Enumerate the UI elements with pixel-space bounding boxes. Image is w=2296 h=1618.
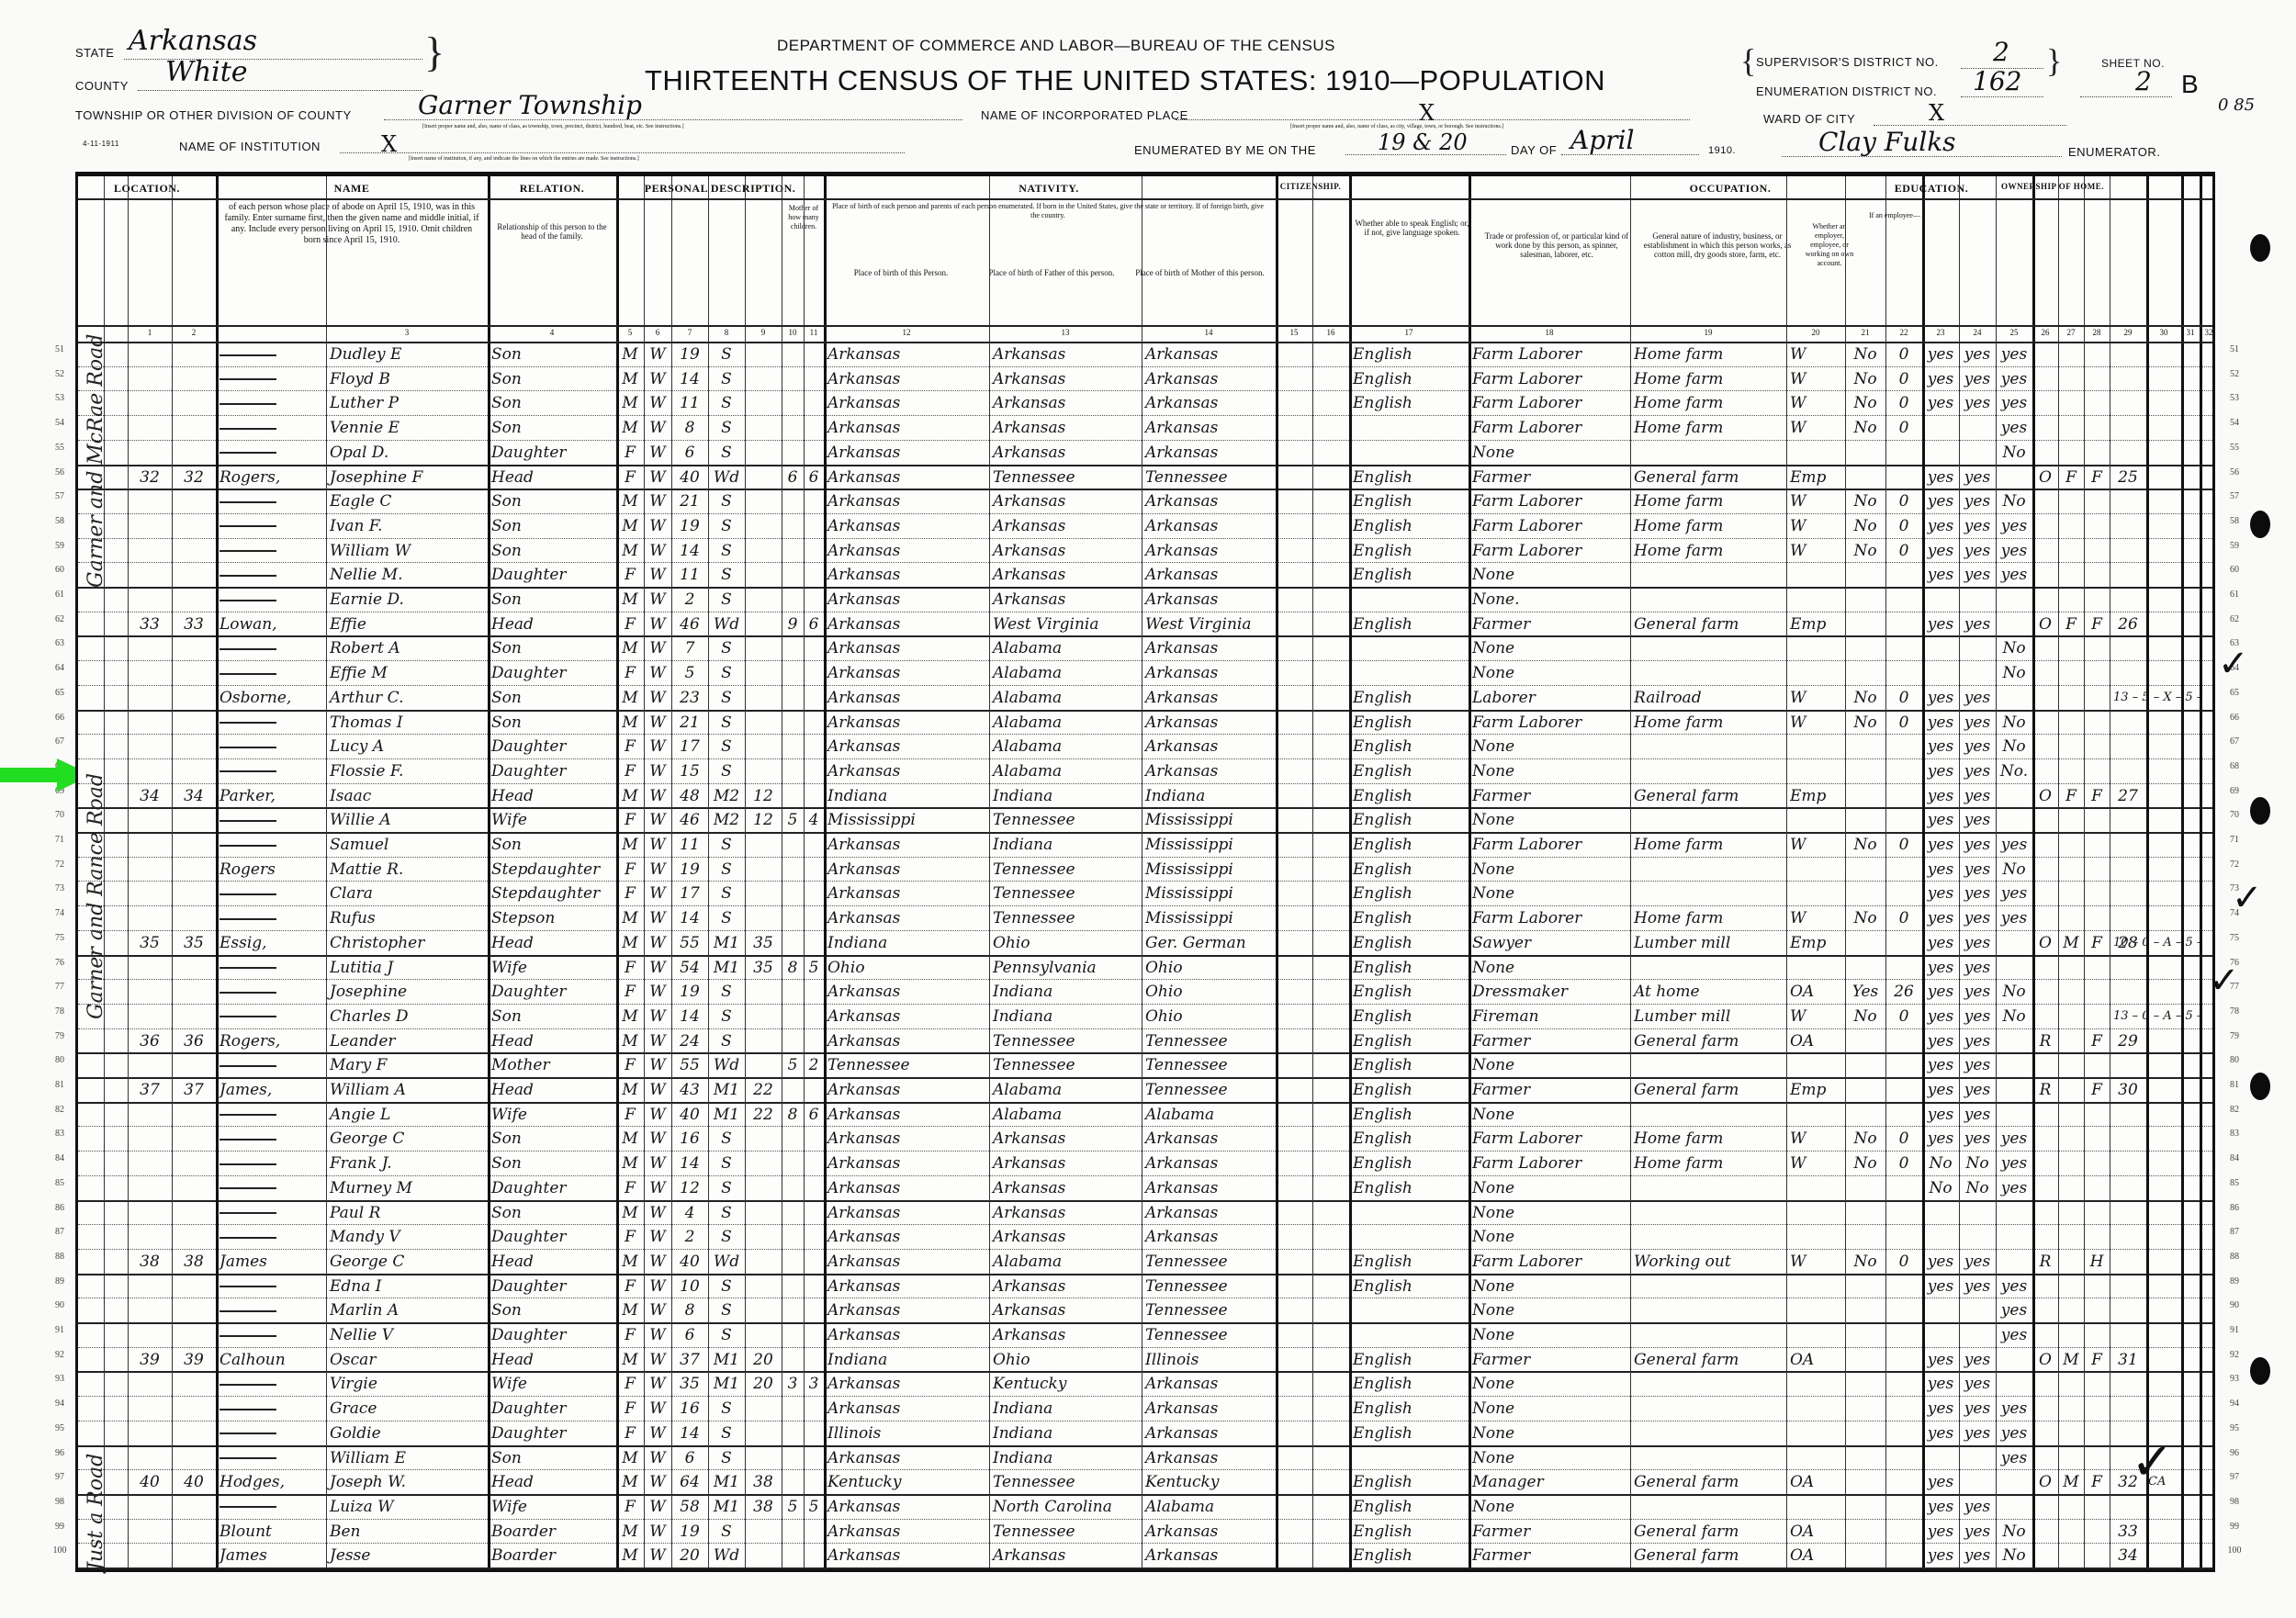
cell-living: 5 [807,1496,820,1518]
cell-weeks [1889,637,1919,659]
cell-years-married: 35 [748,932,778,954]
table-row[interactable]: 3838JamesGeorge CHeadMW40WdArkansasAlaba… [78,1249,2218,1273]
cell-father-birth: Indiana [993,1447,1138,1469]
group-education: EDUCATION. [1876,182,1986,196]
cell-farm [2088,1447,2106,1469]
column-divider [1959,176,1960,1567]
column-number: 10 [782,328,804,337]
cell-birth: Arkansas [827,1177,985,1199]
cell-dwelling [131,343,168,365]
table-row[interactable]: Robert ASonMW7SArkansasAlabamaArkansasNo… [78,635,2218,659]
table-row[interactable]: William WSonMW14SArkansasArkansasArkansa… [78,538,2218,562]
cell-mother-birth: Arkansas [1145,442,1272,464]
cell-english: English [1353,343,1465,365]
table-row[interactable]: Frank J.SonMW14SArkansasArkansasArkansas… [78,1151,2218,1174]
cell-race: W [647,1496,668,1518]
cell-family [175,1104,212,1126]
cell-birth: Indiana [827,1349,985,1371]
cell-marital: S [712,515,741,537]
cell-owned [2036,687,2054,709]
col17-desc: Whether able to speak English; or, if no… [1355,219,1469,237]
cell-father-birth: Alabama [993,760,1138,782]
cell-write: yes [1963,613,1992,635]
table-row[interactable]: BlountBenBoarderMW19SArkansasTennesseeAr… [78,1519,2218,1543]
cell-industry: General farm [1634,1079,1783,1101]
cell-schedule [2113,712,2143,734]
cell-english: English [1353,907,1465,929]
cell-dwelling [131,1226,168,1248]
cell-read: yes [1926,882,1955,905]
line-number: 57 [2221,491,2248,501]
cell-school: No [1999,1545,2029,1567]
table-row[interactable]: 3636Rogers,LeanderHeadMW24SArkansasTenne… [78,1028,2218,1052]
cell-birth: Ohio [827,957,985,979]
cell-mother-birth: Arkansas [1145,1398,1272,1420]
cell-class: Emp [1790,613,1841,635]
cell-years-married [748,613,778,635]
cell-write: yes [1963,466,1992,489]
cell-schedule [2113,589,2143,611]
cell-weeks: 0 [1889,540,1919,562]
cell-living [807,1447,820,1469]
cell-owned [2036,343,2054,365]
table-row[interactable]: 3333Lowan,EffieHeadFW46Wd96ArkansasWest … [78,612,2218,635]
cell-farm [2088,564,2106,586]
checkmark-icon: ✓ [2131,1433,2174,1492]
cell-owned: R [2036,1030,2054,1052]
cell-schedule [2113,540,2143,562]
cell-owned [2036,540,2054,562]
cell-given: Lutitia J [330,957,484,979]
cell-given: Effie [330,613,484,635]
cell-class: OA [1790,1545,1841,1567]
cell-born [785,1030,800,1052]
column-number: 6 [644,328,671,337]
table-row[interactable]: Opal D.DaughterFW6SArkansasArkansasArkan… [78,440,2218,464]
table-row[interactable]: Earnie D.SonMW2SArkansasArkansasArkansas… [78,587,2218,611]
table-row[interactable]: Nellie VDaughterFW6SArkansasArkansasTenn… [78,1322,2218,1346]
cell-industry [1634,809,1783,831]
cell-school [1999,1054,2029,1076]
column-divider [2032,176,2035,1567]
cell-class [1790,1104,1841,1126]
table-row[interactable]: Luiza WWifeFW58M13855ArkansasNorth Carol… [78,1494,2218,1518]
cell-years-married [748,1054,778,1076]
cell-relation: Head [491,1349,613,1371]
table-row[interactable]: Angie LWifeFW40M12286ArkansasAlabamaAlab… [78,1102,2218,1126]
cell-family [175,957,212,979]
cell-trade: Farm Laborer [1472,368,1626,390]
cell-write: No [1963,1152,1992,1174]
enumerator-label: Enumerator. [2068,145,2160,159]
cell-sex: M [620,1128,640,1150]
year-label: 1910. [1708,145,1736,156]
table-row[interactable]: VirgieWifeFW35M12033ArkansasKentuckyArka… [78,1371,2218,1395]
enumeration-district-label: Enumeration District No. [1756,84,1937,98]
col19-desc: General nature of industry, business, or… [1639,231,1795,259]
cell-years-married [748,1299,778,1321]
cell-mortgage [2062,1030,2080,1052]
table-row[interactable]: GraceDaughterFW16SArkansasIndianaArkansa… [78,1396,2218,1420]
cell-class: W [1790,834,1841,856]
cell-school [1999,1030,2029,1052]
cell-class: W [1790,1152,1841,1174]
cell-mother-birth: Arkansas [1145,637,1272,659]
cell-dwelling [131,1177,168,1199]
cell-relation: Son [491,1128,613,1150]
table-row[interactable]: ClaraStepdaughterFW17SArkansasTennesseeM… [78,881,2218,905]
cell-marital: M2 [712,809,741,831]
cell-race: W [647,540,668,562]
cell-write: yes [1963,368,1992,390]
table-row[interactable]: Osborne,Arthur C.SonMW23SArkansasAlabama… [78,685,2218,709]
cell-industry: Home farm [1634,540,1783,562]
cell-read: yes [1926,1545,1955,1567]
cell-marital: S [712,859,741,881]
table-row[interactable]: George CSonMW16SArkansasArkansasArkansas… [78,1126,2218,1150]
table-row[interactable]: Paul RSonMW4SArkansasArkansasArkansasNon… [78,1200,2218,1224]
column-divider [1349,176,1352,1567]
table-row[interactable]: Dudley ESonMW19SArkansasArkansasArkansas… [78,342,2218,365]
cell-marital: S [712,1202,741,1224]
cell-mother-birth: Arkansas [1145,687,1272,709]
line-number: 97 [2221,1472,2248,1482]
cell-birth: Mississippi [827,809,985,831]
cell-out-of-work [1849,466,1882,489]
cell-birth: Arkansas [827,736,985,758]
cell-out-of-work: No [1849,1152,1882,1174]
cell-race: W [647,1079,668,1101]
cell-given: Angie L [330,1104,484,1126]
cell-owned [2036,1006,2054,1028]
cell-mother-birth: Indiana [1145,785,1272,807]
table-row[interactable]: Nellie M.DaughterFW11SArkansasArkansasAr… [78,562,2218,586]
cell-farm [2088,1398,2106,1420]
table-row[interactable]: JamesJesseBoarderMW20WdArkansasArkansasA… [78,1543,2218,1567]
cell-class: OA [1790,981,1841,1003]
line-number: 68 [2221,761,2248,771]
cell-race: W [647,417,668,439]
cell-born [785,515,800,537]
cell-relation: Son [491,343,613,365]
cell-given: Clara [330,882,484,905]
cell-schedule [2113,637,2143,659]
cell-read: yes [1926,1128,1955,1150]
cell-mortgage: M [2062,1349,2080,1371]
table-row[interactable]: JosephineDaughterFW19SArkansasIndianaOhi… [78,979,2218,1003]
cell-marital: S [712,1299,741,1321]
cell-birth: Arkansas [827,1299,985,1321]
cell-dwelling [131,1006,168,1028]
line-number: 71 [2221,835,2248,845]
cell-owned [2036,1422,2054,1444]
cell-born [785,981,800,1003]
cell-industry [1634,1496,1783,1518]
cell-industry [1634,1398,1783,1420]
table-row[interactable]: Lutitia JWifeFW54M13585OhioPennsylvaniaO… [78,955,2218,979]
cell-class [1790,1324,1841,1346]
cell-dwelling: 38 [131,1251,168,1273]
table-row[interactable]: Murney MDaughterFW12SArkansasArkansasArk… [78,1175,2218,1199]
cell-years-married: 20 [748,1349,778,1371]
ditto-dash [219,918,276,920]
table-row[interactable]: SamuelSonMW11SArkansasIndianaMississippi… [78,832,2218,856]
cell-age: 2 [675,589,704,611]
table-row[interactable]: Lucy ADaughterFW17SArkansasAlabamaArkans… [78,734,2218,758]
cell-weeks [1889,859,1919,881]
cell-sex: M [620,368,640,390]
line-number: 53 [46,393,73,403]
cell-farm: F [2088,1471,2106,1493]
table-row[interactable]: RogersMattie R.StepdaughterFW19SArkansas… [78,857,2218,881]
table-row[interactable]: 3939CalhounOscarHeadMW37M120IndianaOhioI… [78,1347,2218,1371]
cell-industry [1634,1054,1783,1076]
cell-born [785,490,800,512]
cell-given: Grace [330,1398,484,1420]
column-divider [2084,176,2085,1567]
table-row[interactable]: Mary FMotherFW55Wd52TennesseeTennesseeTe… [78,1052,2218,1076]
cell-relation: Head [491,466,613,489]
cell-school: yes [1999,392,2029,414]
line-number: 95 [2221,1423,2248,1433]
archive-stamp: 0 85 [2218,92,2255,119]
cell-farm [2088,1152,2106,1174]
cell-farm [2088,1521,2106,1543]
cell-race: W [647,882,668,905]
cell-margin-annotation: 13 – 0 – A – 5 – [2113,1006,2202,1028]
cell-born [785,1398,800,1420]
col4-relation-desc: Relationship of this person to the head … [491,222,613,241]
cell-read: yes [1926,981,1955,1003]
cell-race: W [647,515,668,537]
cell-living [807,736,820,758]
cell-relation: Head [491,1471,613,1493]
cell-relation: Boarder [491,1545,613,1567]
cell-owned [2036,589,2054,611]
table-row[interactable]: Eagle CSonMW21SArkansasArkansasArkansasE… [78,489,2218,512]
cell-read [1926,1447,1955,1469]
table-row[interactable]: 4040Hodges,Joseph W.HeadMW64M138Kentucky… [78,1469,2218,1493]
cell-farm [2088,368,2106,390]
cell-born: 5 [785,809,800,831]
cell-school [1999,1226,2029,1248]
cell-family [175,1545,212,1567]
cell-marital: M1 [712,1471,741,1493]
cell-farm [2088,1054,2106,1076]
cell-read: yes [1926,490,1955,512]
cell-marital: S [712,540,741,562]
checkmark-icon: ✓ [2232,877,2263,919]
cell-marital: S [712,981,741,1003]
line-number: 58 [2221,516,2248,526]
cell-family [175,1177,212,1199]
cell-family [175,1447,212,1469]
table-row[interactable]: William ESonMW6SArkansasIndianaArkansasN… [78,1445,2218,1469]
cell-english: English [1353,809,1465,831]
cell-out-of-work: No [1849,687,1882,709]
cell-trade: Farmer [1472,785,1626,807]
cell-race: W [647,907,668,929]
cell-farm [2088,1373,2106,1395]
table-row[interactable]: Ivan F.SonMW19SArkansasArkansasArkansasE… [78,513,2218,537]
column-divider [644,176,645,1567]
cell-age: 14 [675,907,704,929]
ditto-dash [219,501,276,503]
line-number: 69 [2221,786,2248,796]
cell-relation: Daughter [491,1398,613,1420]
cell-weeks [1889,882,1919,905]
table-row[interactable]: 3232Rogers,Josephine FHeadFW40Wd66Arkans… [78,465,2218,489]
ward-label: Ward of city [1763,112,1855,126]
cell-trade: None [1472,1226,1626,1248]
cell-owned [2036,859,2054,881]
line-number: 81 [2221,1080,2248,1090]
cell-years-married: 12 [748,809,778,831]
table-row[interactable]: Willie AWifeFW46M21254MississippiTenness… [78,807,2218,831]
cell-marital: S [712,1006,741,1028]
cell-owned: O [2036,613,2054,635]
cell-industry [1634,1275,1783,1298]
cell-english: English [1353,1128,1465,1150]
table-row[interactable]: 3535Essig,ChristopherHeadMW55M135Indiana… [78,930,2218,954]
cell-age: 64 [675,1471,704,1493]
cell-dwelling [131,1299,168,1321]
cell-read [1926,1324,1955,1346]
cell-marital: M1 [712,1373,741,1395]
column-divider [2058,176,2059,1567]
cell-english: English [1353,466,1465,489]
ditto-dash [219,452,276,454]
cell-schedule [2113,957,2143,979]
cell-marital: Wd [712,1251,741,1273]
cell-dwelling [131,1104,168,1126]
cell-read: yes [1926,1275,1955,1298]
table-row[interactable]: GoldieDaughterFW14SIllinoisIndianaArkans… [78,1421,2218,1444]
cell-farm [2088,1496,2106,1518]
cell-english [1353,662,1465,684]
cell-father-birth: Tennessee [993,466,1138,489]
cell-weeks [1889,1275,1919,1298]
cell-living [807,1152,820,1174]
cell-birth: Arkansas [827,834,985,856]
cell-mother-birth: Mississippi [1145,809,1272,831]
cell-given: Willie A [330,809,484,831]
cell-trade: None [1472,1422,1626,1444]
table-row[interactable]: 3434Parker,IsaacHeadMW48M212IndianaIndia… [78,783,2218,807]
cell-sex: M [620,417,640,439]
cell-schedule: 34 [2113,1545,2143,1567]
line-number: 56 [2221,467,2248,478]
cell-age: 11 [675,392,704,414]
cell-owned [2036,1299,2054,1321]
cell-farm [2088,882,2106,905]
cell-sex: F [620,662,640,684]
cell-industry: Home farm [1634,368,1783,390]
table-row[interactable]: Effie MDaughterFW5SArkansasAlabamaArkans… [78,660,2218,684]
line-number: 67 [2221,736,2248,747]
cell-age: 55 [675,932,704,954]
cell-write [1963,1299,1992,1321]
column-divider [1276,176,1278,1567]
column-divider [616,176,619,1567]
cell-living [807,1398,820,1420]
cell-schedule [2113,1299,2143,1321]
cell-weeks: 0 [1889,834,1919,856]
table-row[interactable]: Edna IDaughterFW10SArkansasArkansasTenne… [78,1274,2218,1298]
cell-given: George C [330,1251,484,1273]
column-number: 32 [2200,328,2218,337]
line-number: 89 [2221,1276,2248,1287]
cell-weeks [1889,1177,1919,1199]
cell-marital: S [712,760,741,782]
cell-mother-birth: Tennessee [1145,1079,1272,1101]
day-of-label: day of [1511,143,1557,157]
cell-race: W [647,637,668,659]
ditto-dash [219,648,276,650]
cell-sex: M [620,1251,640,1273]
cell-english: English [1353,1545,1465,1567]
cell-write: yes [1963,907,1992,929]
cell-schedule [2113,834,2143,856]
cell-age: 37 [675,1349,704,1371]
cell-given: Effie M [330,662,484,684]
cell-weeks [1889,809,1919,831]
cell-write [1963,637,1992,659]
cell-read [1926,442,1955,464]
cell-sex: M [620,932,640,954]
cell-write [1963,1447,1992,1469]
cell-weeks [1889,1521,1919,1543]
cell-schedule [2113,368,2143,390]
table-row[interactable]: Mandy VDaughterFW2SArkansasArkansasArkan… [78,1224,2218,1248]
table-row[interactable]: Thomas ISonMW21SArkansasAlabamaArkansasE… [78,710,2218,734]
table-row[interactable]: 3737James,William AHeadMW43M122ArkansasA… [78,1077,2218,1101]
cell-years-married [748,760,778,782]
cell-race: W [647,859,668,881]
table-row[interactable]: Luther PSonMW11SArkansasArkansasArkansas… [78,390,2218,414]
cell-years-married [748,1447,778,1469]
cell-surname: Calhoun [219,1349,322,1371]
cell-surname: Parker, [219,785,322,807]
cell-write: yes [1963,1349,1992,1371]
cell-industry [1634,957,1783,979]
table-row[interactable]: Marlin ASonMW8SArkansasArkansasTennessee… [78,1298,2218,1321]
table-row[interactable]: Flossie F.DaughterFW15SArkansasAlabamaAr… [78,758,2218,782]
cell-relation: Mother [491,1054,613,1076]
ditto-dash [219,1286,276,1287]
cell-father-birth: North Carolina [993,1496,1138,1518]
cell-living: 4 [807,809,820,831]
cell-owned [2036,712,2054,734]
cell-industry [1634,882,1783,905]
cell-farm [2088,1202,2106,1224]
cell-given: Mandy V [330,1226,484,1248]
cell-out-of-work [1849,957,1882,979]
cell-read: yes [1926,515,1955,537]
table-row[interactable]: RufusStepsonMW14SArkansasTennesseeMissis… [78,905,2218,929]
cell-out-of-work [1849,1545,1882,1567]
column-number: 9 [745,328,782,337]
cell-weeks [1889,1373,1919,1395]
table-row[interactable]: Charles DSonMW14SArkansasIndianaOhioEngl… [78,1004,2218,1028]
table-row[interactable]: Floyd BSonMW14SArkansasArkansasArkansasE… [78,366,2218,390]
line-number: 99 [46,1522,73,1532]
cell-dwelling [131,1275,168,1298]
cell-mother-birth: Arkansas [1145,1521,1272,1543]
table-row[interactable]: Vennie ESonMW8SArkansasArkansasArkansasF… [78,415,2218,439]
cell-mother-birth: Arkansas [1145,1545,1272,1567]
cell-english: English [1353,1006,1465,1028]
